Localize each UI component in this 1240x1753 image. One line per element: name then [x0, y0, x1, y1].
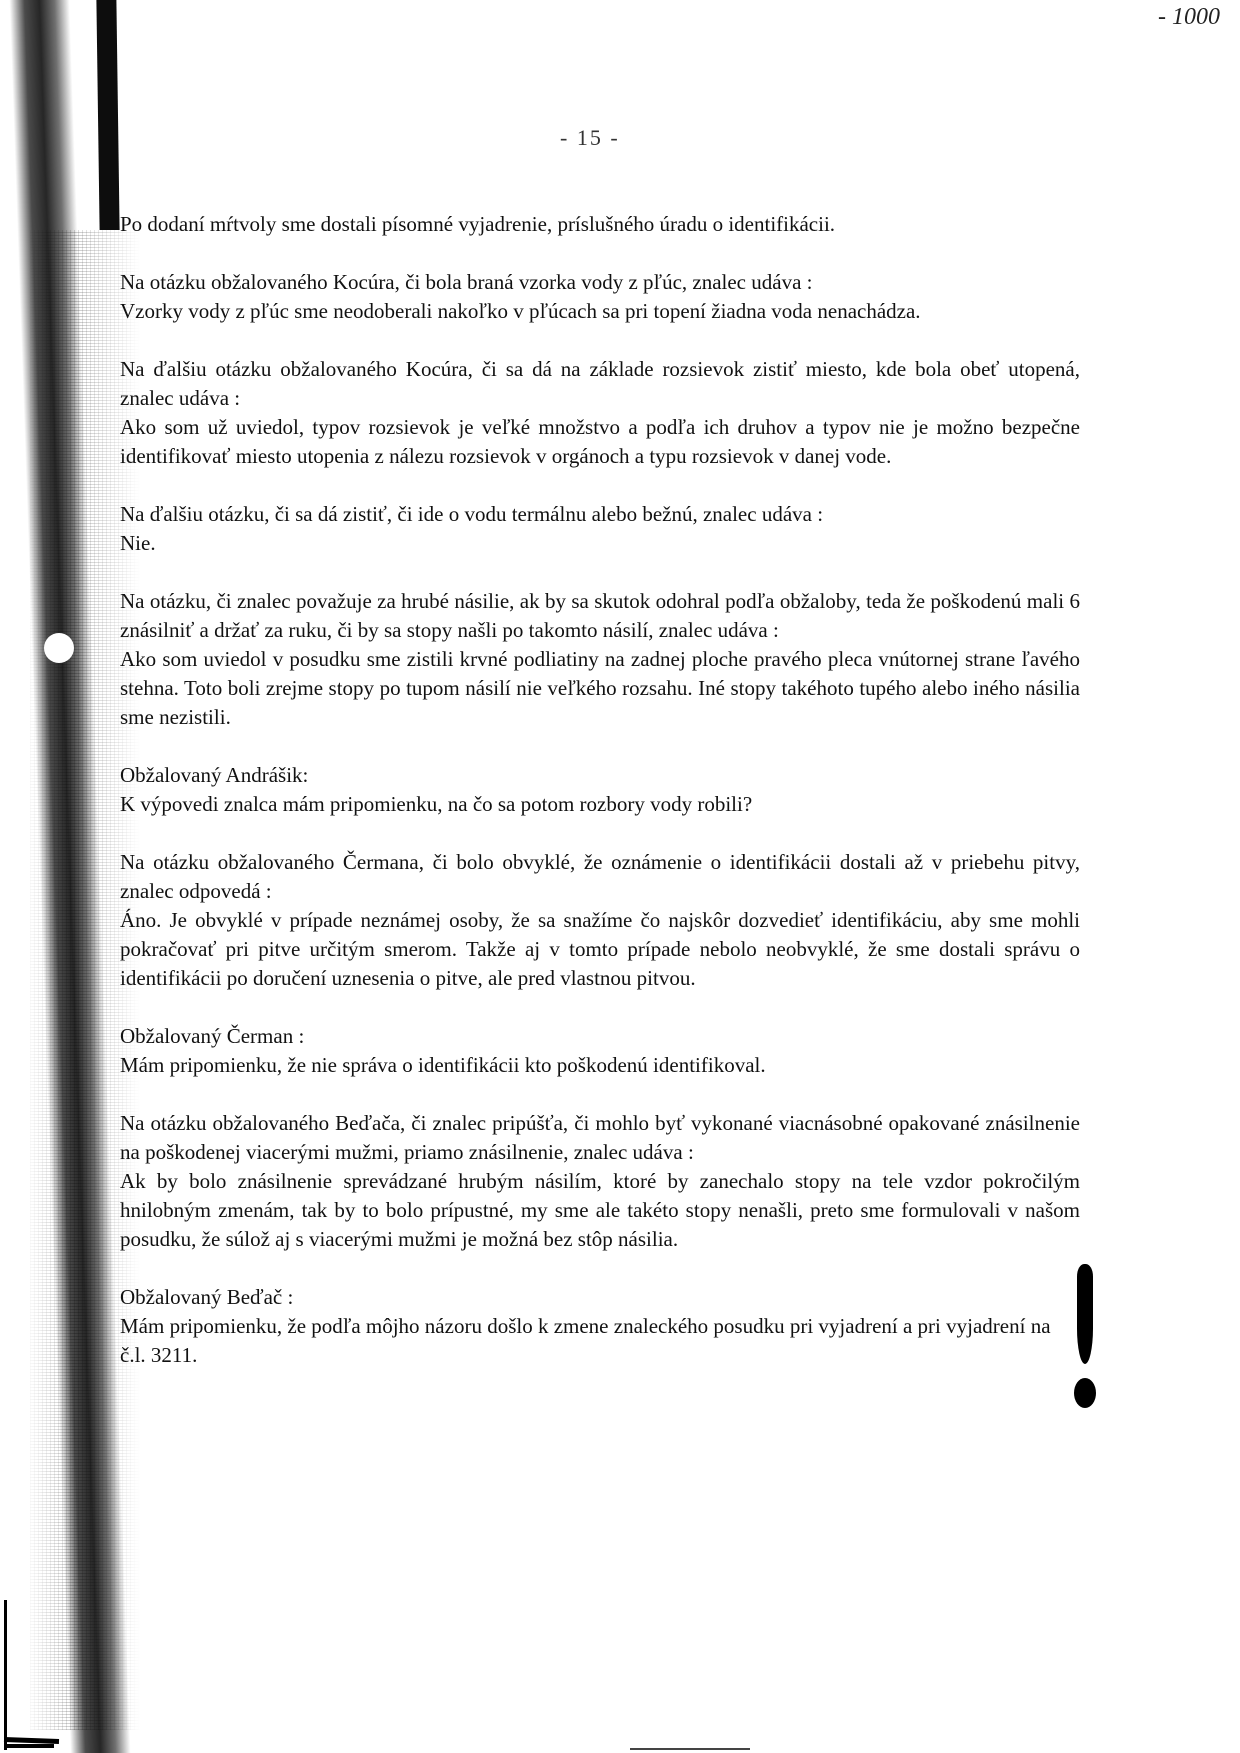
qa-cerman: Na otázku obžalovaného Čermana, či bolo …	[120, 848, 1080, 993]
handwritten-folio-number: - 1000	[1158, 4, 1220, 31]
paragraph-text: Po dodaní mŕtvoly sme dostali písomné vy…	[120, 210, 1080, 239]
qa-violence: Na otázku, či znalec považuje za hrubé n…	[120, 587, 1080, 732]
speaker-label: Obžalovaný Beďač :	[120, 1283, 1080, 1312]
question-text: Na ďalšiu otázku obžalovaného Kocúra, či…	[120, 355, 1080, 413]
statement-text: Mám pripomienku, že nie správa o identif…	[120, 1051, 1080, 1080]
answer-text: Áno. Je obvyklé v prípade neznámej osoby…	[120, 906, 1080, 993]
statement-cerman: Obžalovaný Čerman : Mám pripomienku, že …	[120, 1022, 1080, 1080]
question-text: Na otázku obžalovaného Čermana, či bolo …	[120, 848, 1080, 906]
qa-thermal-water: Na ďalšiu otázku, či sa dá zistiť, či id…	[120, 500, 1080, 558]
answer-text: Ako som už uviedol, typov rozsievok je v…	[120, 413, 1080, 471]
answer-text: Nie.	[120, 529, 1080, 558]
statement-text: Mám pripomienku, že podľa môjho názoru d…	[120, 1312, 1080, 1370]
question-text: Na otázku, či znalec považuje za hrubé n…	[120, 587, 1080, 645]
qa-kocur-water-sample: Na otázku obžalovaného Kocúra, či bola b…	[120, 268, 1080, 326]
statement-bedac: Obžalovaný Beďač : Mám pripomienku, že p…	[120, 1283, 1080, 1370]
page-number: - 15 -	[560, 125, 620, 151]
paragraph-identification: Po dodaní mŕtvoly sme dostali písomné vy…	[120, 210, 1080, 239]
qa-bedac: Na otázku obžalovaného Beďača, či znalec…	[120, 1109, 1080, 1254]
qa-kocur-diatoms: Na ďalšiu otázku obžalovaného Kocúra, či…	[120, 355, 1080, 471]
statement-andrasik: Obžalovaný Andrášik: K výpovedi znalca m…	[120, 761, 1080, 819]
speaker-label: Obžalovaný Čerman :	[120, 1022, 1080, 1051]
answer-text: Vzorky vody z pľúc sme neodoberali nakoľ…	[120, 297, 1080, 326]
scanner-dark-band	[9, 0, 130, 1753]
answer-text: Ako som uviedol v posudku sme zistili kr…	[120, 645, 1080, 732]
scanner-dark-band-top	[96, 0, 119, 230]
bottom-rule	[630, 1748, 750, 1750]
question-text: Na otázku obžalovaného Kocúra, či bola b…	[120, 268, 1080, 297]
document-body: Po dodaní mŕtvoly sme dostali písomné vy…	[120, 210, 1080, 1399]
corner-rule	[4, 1600, 7, 1750]
speaker-label: Obžalovaný Andrášik:	[120, 761, 1080, 790]
corner-mark	[4, 1744, 54, 1748]
corner-mark	[4, 1737, 59, 1744]
answer-text: Ak by bolo znásilnenie sprevádzané hrubý…	[120, 1167, 1080, 1254]
statement-text: K výpovedi znalca mám pripomienku, na čo…	[120, 790, 1080, 819]
question-text: Na otázku obžalovaného Beďača, či znalec…	[120, 1109, 1080, 1167]
scanner-edge-shadow	[0, 0, 135, 1753]
question-text: Na ďalšiu otázku, či sa dá zistiť, či id…	[120, 500, 1080, 529]
punch-hole	[44, 633, 74, 663]
